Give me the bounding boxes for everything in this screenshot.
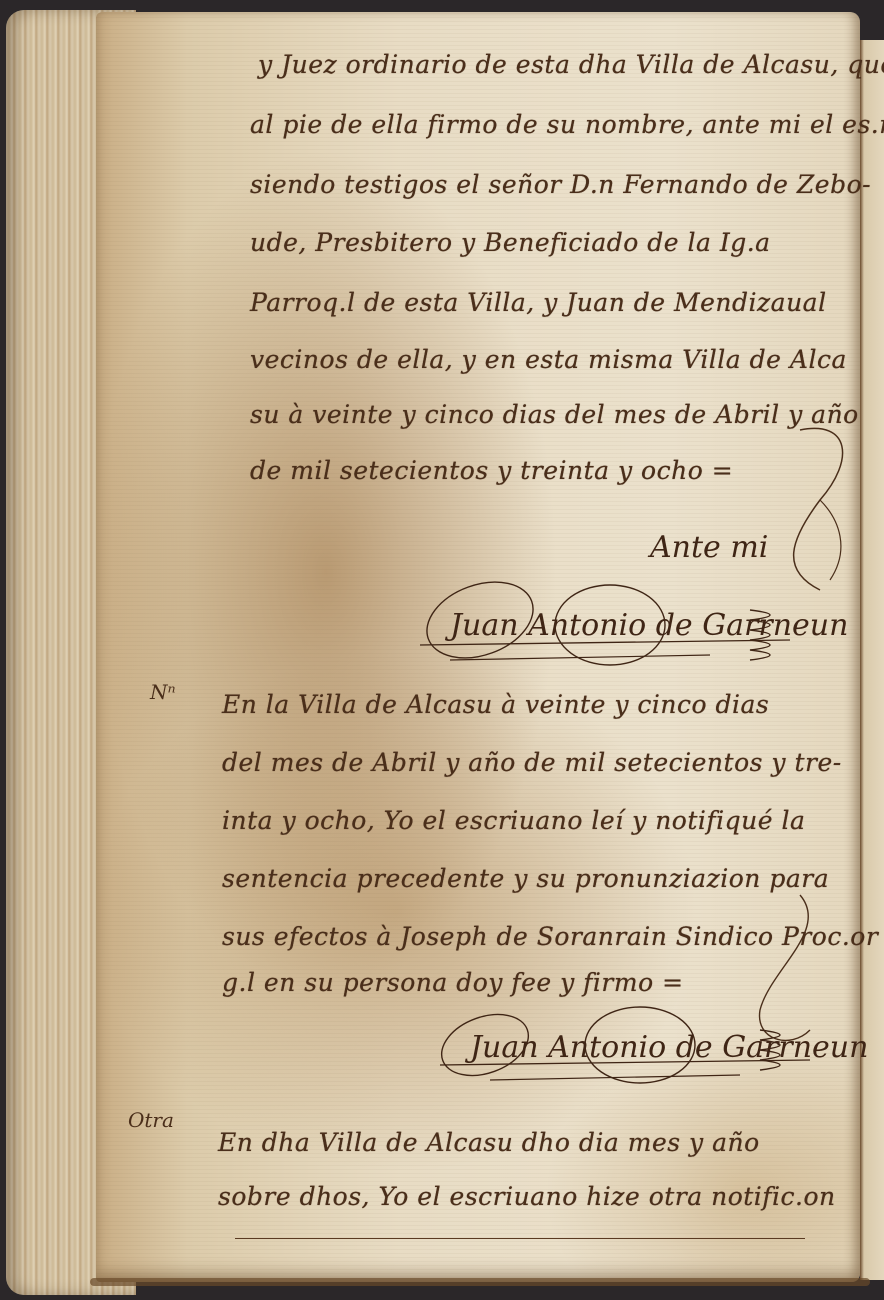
text-line: inta y ocho, Yo el escriuano leí y notif…	[222, 806, 805, 835]
first-signature: Juan Antonio de Garrneun	[450, 608, 848, 643]
second-signature: Juan Antonio de Garrneun	[470, 1030, 868, 1065]
text-line: g.l en su persona doy fee y firmo =	[222, 968, 684, 997]
text-line: del mes de Abril y año de mil seteciento…	[222, 748, 842, 777]
text-line: ude, Presbitero y Beneficiado de la Ig.a	[250, 228, 771, 257]
text-line: y Juez ordinario de esta dha Villa de Al…	[258, 50, 884, 79]
ante-mi-signature: Ante mi	[650, 530, 768, 565]
text-line: En la Villa de Alcasu à veinte y cinco d…	[222, 690, 769, 719]
text-line: de mil setecientos y treinta y ocho =	[250, 456, 733, 485]
text-line: sentencia precedente y su pronunziazion …	[222, 864, 829, 893]
closing-rule	[235, 1238, 805, 1239]
text-line: siendo testigos el señor D.n Fernando de…	[250, 170, 871, 199]
text-line: Parroq.l de esta Villa, y Juan de Mendiz…	[250, 288, 827, 317]
text-line: sobre dhos, Yo el escriuano hize otra no…	[218, 1182, 836, 1211]
margin-note-otra: Otra	[128, 1108, 174, 1132]
facing-page-edge	[860, 40, 884, 1280]
margin-note-notification: Nⁿ	[150, 680, 176, 704]
text-line: En dha Villa de Alcasu dho dia mes y año	[218, 1128, 760, 1157]
page-bottom-edge	[90, 1278, 870, 1286]
text-line: al pie de ella firmo de su nombre, ante …	[250, 110, 884, 139]
text-line: vecinos de ella, y en esta misma Villa d…	[250, 345, 847, 374]
